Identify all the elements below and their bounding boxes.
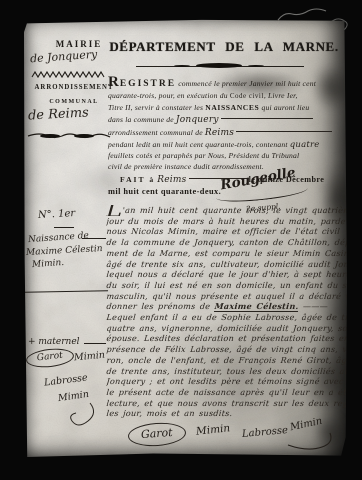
act-body-line: ron, oncle de l'enfant, et de François R… [106,355,351,366]
act-body-line: L'an mil huit cent quarante trois, le vi… [106,205,351,216]
garot-circled: Garot [25,347,75,370]
act-body: L'an mil huit cent quarante trois, le vi… [106,205,350,419]
registre-word: EGISTRE [120,79,176,89]
margin-dash [54,227,74,228]
mairie-label: MAIRIE [48,39,110,49]
signature-mimin: Mimin [195,422,230,438]
registre-initial: R [108,74,120,90]
arrondissement-label: ARRONDISSEMENT [34,84,114,91]
communal-value-handwritten: de Reims [28,105,89,123]
act-number: N°. 1er [38,208,76,221]
act-body-line: Lequel enfant il a eu de Sophie Labrosse… [106,312,351,323]
act-body-line: lecture, et que nous avons transcrit sur… [106,398,351,409]
registre-line-3c: qui auront lieu [259,103,309,112]
registre-line-2a: quarante-trois, pour, en exécution du [108,91,230,100]
fill-line [221,117,313,119]
margin-signature-mimin: Mimin [74,350,106,364]
margin-rule [24,290,108,293]
title-divider-tick [174,65,190,67]
zigzag-rule [32,69,104,79]
margin-signature-garot: Garot [25,347,75,370]
act-body-line: quatre ans, vigneronne, domiciliée audit… [106,323,351,334]
registre-line-1: REGISTRE commencé le premier Janvier mil… [108,74,352,91]
flourish-rule [28,131,110,141]
act-body-line: jour du mois de mars à huit heures du ma… [106,216,351,227]
garot-circled-bottom: Garot [127,421,186,448]
act-body-line: lequel nous a déclaré que le jour d'hier… [106,269,351,280]
registre-line-8: civil de première instance dudit arrondi… [108,162,352,171]
act-body-line: nous Nicolas Mimin, maire et officier de… [106,226,351,237]
act-margin-title-1: Naissance de [28,231,89,245]
signature-flourish-bottom [286,431,334,451]
margin-signature-labrosse: Labrosse [43,372,88,388]
act-body-line: le présent acte de naissance après qu'il… [106,387,351,398]
registre-line-2: quarante-trois, pour, en exécution du Co… [108,91,352,100]
margin-dash [82,238,106,239]
margin-signature-flourish [60,403,100,429]
registre-line-2c: , Livre Ier, [264,91,298,100]
title-divider-tick [248,65,264,67]
register-sheet: MAIRIE de Jonquery ARRONDISSEMENT COMMUN… [24,19,347,457]
signature-garot: Garot [127,421,186,448]
registre-line-6-text: pendant ledit an mil huit cent quarante-… [108,140,290,149]
act-body-line: Jonquery ; et ont lesdits père et témoin… [106,376,351,387]
fait-label: FAIT à [120,175,155,184]
registre-line-5-label: arrondissement communal de [108,128,205,137]
act-body-line: du soir, il lui est né en son domicile, … [106,280,351,291]
act-body-line: présence de Félix Labrosse, âgé de vingt… [106,344,351,355]
act-margin-note: + maternel [28,337,80,347]
mairie-commune-handwritten: de Jonquery [30,48,98,66]
registre-line-5: arrondissement communal de Reims [108,128,352,138]
communal-label: COMMUNAL [46,99,102,105]
registre-line-1-text: commencé le premier Janvier mil huit cen… [176,79,316,88]
act-body-line: de trente ans, instituteur, tous les deu… [106,366,351,377]
feuillet-count-handwritten: quatre [290,140,320,150]
act-body-line: donner les prénoms de Maxime Célestin. —… [106,301,351,312]
registre-line-6: pendant ledit an mil huit cent quarante-… [108,140,352,150]
registre-line-4: dans la commune de Jonquery [108,115,352,125]
arrondissement-name-handwritten: Reims [205,128,234,138]
act-margin-title-2: Maxime Célestin [26,244,103,258]
registre-line-4-label: dans la commune de [108,115,176,124]
act-body-line: de la commune de Jonquery, canton de Châ… [106,237,351,248]
act-body-line: masculin, qu'il nous présente et auquel … [106,291,351,302]
registre-line-3: Titre II, servir à constater les NAISSAN… [108,103,352,112]
margin-dash [84,343,106,344]
act-body-line: ment de la Marne, est comparu le sieur M… [106,248,351,259]
fait-place-handwritten: Reims [157,175,186,185]
registre-line-2b: Code civil [230,92,264,100]
registre-line-7: feuillets cotés et paraphés par Nous, Pr… [108,151,352,160]
act-body-line: épouse. Lesdites déclaration et présenta… [106,333,351,344]
margin-signature-mimin-2: Mimin [57,389,89,404]
fill-line [236,130,332,132]
page-title: DÉPARTEMENT DE LA MARNE. [108,39,340,55]
title-divider-center [196,63,242,68]
act-margin-title-3: Mimin. [32,258,65,270]
scanned-register-page: { "header": { "mairie_label": "MAIRIE", … [0,0,362,480]
commune-name-handwritten: Jonquery [176,115,219,125]
act-body-line: âgé de trente six ans, cultivateur, domi… [106,259,351,270]
signature-labrosse: Labrosse [242,425,289,440]
registre-line-3a: Titre II, servir à constater les [108,103,205,112]
registre-line-3b: NAISSANCES [205,103,259,112]
